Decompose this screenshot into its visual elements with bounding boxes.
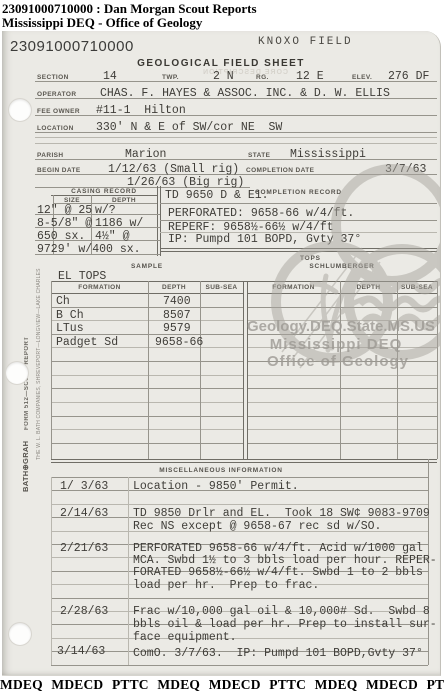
el-tops-note: EL TOPS <box>58 270 106 283</box>
rule-line <box>51 416 243 417</box>
fee-owner-label: FEE OWNER <box>37 108 80 115</box>
casing-depth: 4½" @ <box>95 230 130 243</box>
rg-label: RG. <box>256 74 269 81</box>
parish-label: PARISH <box>37 152 63 159</box>
entry-date: 2/14/63 <box>60 507 108 520</box>
rule-line <box>247 281 248 459</box>
entry-text: face equipment. <box>133 631 237 644</box>
watermark-agency: Mississippi DEQ <box>242 336 430 353</box>
rule-line <box>51 665 428 666</box>
rule-line <box>35 81 437 82</box>
rule-line <box>340 281 341 459</box>
section-value: 14 <box>103 70 117 83</box>
schlumberger-title: SCHLUMBERGER <box>247 263 437 270</box>
sample-col-depth: DEPTH <box>148 284 200 291</box>
tops-title: TOPS <box>300 255 321 262</box>
twp-label: TWP. <box>162 74 179 81</box>
operator-label: OPERATOR <box>37 91 76 98</box>
entry-text: ComO. 3/7/63. IP: Pumpd 101 BOPD,Gvty 37… <box>133 647 423 660</box>
rule-line <box>35 143 437 144</box>
casing-size: 9729' w/400 sx. <box>37 243 141 256</box>
document-number: 23091000710000 <box>10 38 134 55</box>
casing-size: 650 sx. <box>37 230 85 243</box>
misc-info-title: MISCELLANEOUS INFORMATION <box>2 467 440 474</box>
rule-line <box>51 402 243 403</box>
entry-text: Frac w/10,000 gal oil & 10,000# Sd. Swbd… <box>133 605 430 618</box>
casing-size: 8-5/8" @ <box>37 217 92 230</box>
formation-name: Padget Sd <box>56 336 118 349</box>
field-name: KNOXO FIELD <box>258 36 353 48</box>
entry-text: Location - 9850' Permit. <box>133 480 299 493</box>
schlum-col-depth: DEPTH <box>340 284 397 291</box>
formation-depth: 7400 <box>163 295 191 308</box>
brand-sidetext: BATH⊕GRAH <box>21 430 30 492</box>
punch-hole <box>9 623 31 645</box>
rule-line <box>157 186 158 256</box>
begin-date-label: BEGIN DATE <box>37 167 81 174</box>
rule-line <box>247 429 437 430</box>
formation-depth: 9658-66 <box>155 336 203 349</box>
rule-line <box>160 186 161 256</box>
rule-line <box>51 281 437 282</box>
rule-line <box>247 293 437 294</box>
entry-text: load per hr. Prep to frac. <box>133 579 319 592</box>
rule-line <box>200 281 201 459</box>
begin-date-value: 1/12/63 (Small rig) <box>108 163 239 176</box>
form-title: GEOLOGICAL FIELD SHEET <box>2 58 440 69</box>
rule-line <box>51 598 428 599</box>
rule-line <box>35 137 437 138</box>
company-sidetext: THE W. L. BATH COMPANIES, SHREVEPORT—LON… <box>36 280 42 460</box>
twp-value: 2 N <box>213 70 234 83</box>
sample-title: SAMPLE <box>51 263 243 270</box>
rule-line <box>51 195 157 196</box>
rule-line <box>51 459 437 460</box>
entry-text: bbls oil & load per hr. Prep to install … <box>133 618 437 631</box>
rule-line <box>247 402 437 403</box>
rule-line <box>128 477 129 665</box>
completion-date-label: COMPLETION DATE <box>246 167 314 174</box>
rule-line <box>247 416 437 417</box>
casing-col-depth: DEPTH <box>91 197 157 204</box>
rule-line <box>51 361 243 362</box>
rule-line <box>243 281 244 459</box>
rule-line <box>51 388 243 389</box>
rule-line <box>51 504 428 505</box>
rule-line <box>148 281 149 459</box>
scanned-document: 23091000710000 KNOXO FIELD CORE DESCRIPT… <box>2 31 441 676</box>
operator-value: CHAS. F. HAYES & ASSOC. INC. & D. W. ELL… <box>100 87 390 100</box>
formation-name: B Ch <box>56 309 84 322</box>
entry-date: 1/ 3/63 <box>60 480 108 493</box>
formation-name: LTus <box>56 322 84 335</box>
rule-line <box>51 307 243 308</box>
watermark-url: Geology.DEQ.State.MS.US <box>242 318 440 335</box>
formation-depth: 8507 <box>163 309 191 322</box>
rule-line <box>51 443 243 444</box>
location-label: LOCATION <box>37 125 74 132</box>
td-value: TD 9650 D & E1. <box>165 189 269 202</box>
watermark-office: Office of Geology <box>242 353 434 370</box>
casing-depth: w/? <box>95 204 116 217</box>
rg-value: 12 E <box>296 70 324 83</box>
perforated-line: PERFORATED: 9658-66 w/4/ft. <box>168 207 354 220</box>
rule-line <box>51 477 52 665</box>
casing-record-title: CASING RECORD <box>51 188 157 195</box>
rule-line <box>51 462 437 463</box>
formation-name: Ch <box>56 295 70 308</box>
elev-label: ELEV. <box>352 74 372 81</box>
rule-line <box>160 203 437 204</box>
rule-line <box>247 388 437 389</box>
sample-col-subsea: SUB-SEA <box>200 284 243 291</box>
schlum-col-subsea: SUB-SEA <box>397 284 437 291</box>
entry-text: FORATED 9658½-66½ w/4/ft. Swbd 1 to 2 bb… <box>133 566 423 579</box>
completion-date-value: 3/7/63 <box>385 163 426 176</box>
formation-depth: 9579 <box>163 322 191 335</box>
rule-line <box>35 159 437 160</box>
entry-text: Rec NS except @ 9658-67 rec sd w/SO. <box>133 520 381 533</box>
rule-line <box>160 248 437 249</box>
elev-value: 276 DF <box>388 70 429 83</box>
section-label: SECTION <box>37 74 69 81</box>
state-label: STATE <box>248 152 270 159</box>
sample-col-formation: FORMATION <box>51 284 148 291</box>
rule-line <box>397 281 398 459</box>
rule-line <box>51 429 243 430</box>
rule-line <box>437 281 438 459</box>
entry-date: 2/21/63 <box>60 542 108 555</box>
rule-line <box>51 477 428 478</box>
rule-line <box>160 251 437 252</box>
footer-watermark-text: MDEQ MDECD PTTC MDEQ MDECD PTTC MDEQ MDE… <box>0 677 444 693</box>
page: 23091000710000 : Dan Morgan Scout Report… <box>0 0 444 699</box>
schlum-col-formation: FORMATION <box>247 284 340 291</box>
entry-text: TD 9850 Drlr and EL. Took 18 SW¢ 9083-97… <box>133 507 430 520</box>
casing-depth: 1186 w/ <box>95 217 143 230</box>
punch-hole <box>9 99 31 121</box>
state-value: Mississippi <box>290 148 366 161</box>
casing-size: 12" @ 25 <box>37 204 92 217</box>
punch-hole <box>6 362 28 384</box>
rule-line <box>247 307 437 308</box>
page-subtitle: Mississippi DEQ - Office of Geology <box>2 15 202 31</box>
casing-col-size: SIZE <box>53 197 91 204</box>
rule-line <box>51 293 243 294</box>
fee-owner-value: #11-1 Hilton <box>96 104 186 117</box>
rule-line <box>51 281 52 459</box>
entry-date: 2/28/63 <box>60 605 108 618</box>
parish-value: Marion <box>125 148 166 161</box>
form-id-sidetext: FORM 512—SCOUT REPORT <box>24 285 30 430</box>
rule-line <box>247 443 437 444</box>
rule-line <box>51 638 428 639</box>
ip-line: IP: Pumpd 101 BOPD, Gvty 37° <box>168 233 361 246</box>
rule-line <box>51 375 243 376</box>
rule-line <box>247 375 437 376</box>
begin-date2-value: 1/26/63 (Big rig) <box>127 176 244 189</box>
location-value: 330' N & E of SW/cor NE SW <box>96 121 282 134</box>
entry-date: 3/14/63 <box>57 645 105 658</box>
